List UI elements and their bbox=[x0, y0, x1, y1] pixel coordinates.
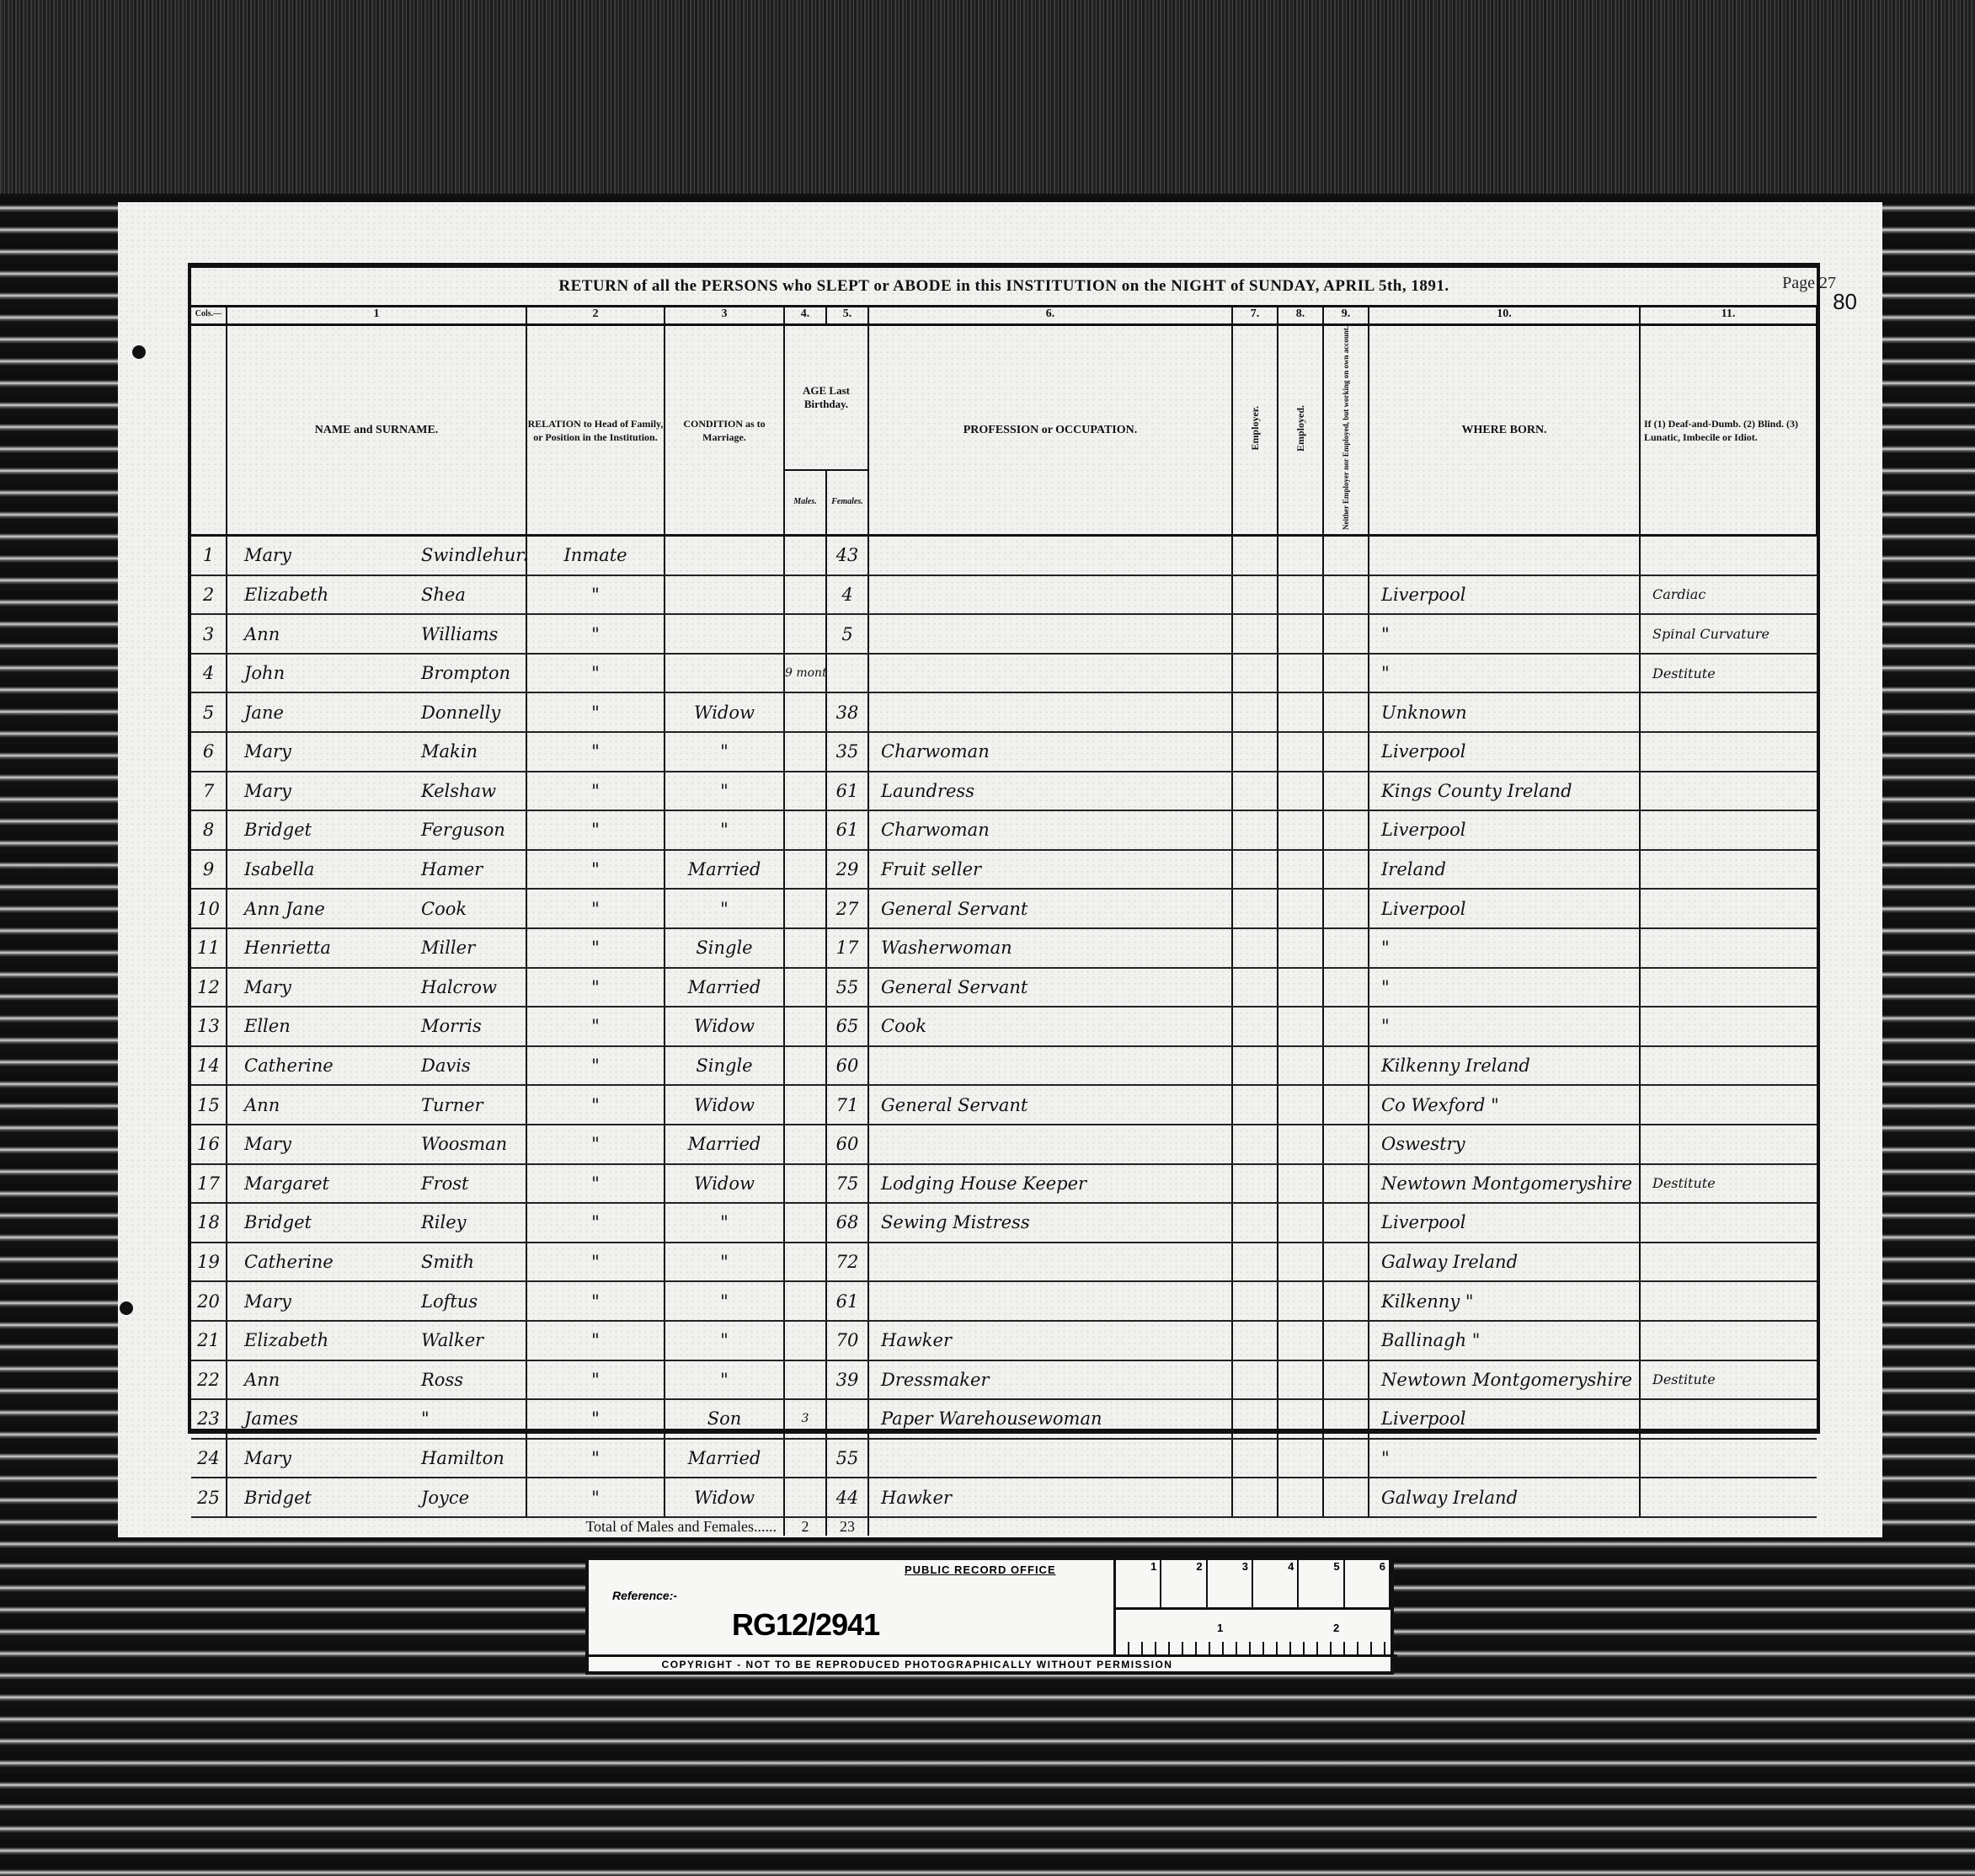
infirmity-cell bbox=[1640, 1243, 1817, 1282]
condition-cell: Widow bbox=[665, 1085, 784, 1125]
age-female-cell: 71 bbox=[826, 1085, 868, 1125]
neither-cell bbox=[1323, 772, 1369, 811]
occupation-cell: Washerwoman bbox=[868, 928, 1232, 968]
table-row: 17MargaretFrost"Widow75Lodging House Kee… bbox=[191, 1164, 1817, 1204]
employer-cell bbox=[1232, 536, 1278, 575]
col-number: 9. bbox=[1323, 305, 1369, 325]
row-number: 23 bbox=[191, 1399, 227, 1439]
first-name: Margaret bbox=[227, 1173, 421, 1194]
neither-cell bbox=[1323, 1478, 1369, 1517]
row-number: 18 bbox=[191, 1203, 227, 1243]
condition-cell: " bbox=[665, 1281, 784, 1321]
table-row: 25BridgetJoyce"Widow44HawkerGalway Irela… bbox=[191, 1478, 1817, 1517]
col-number: 6. bbox=[868, 305, 1232, 325]
surname: Smith bbox=[421, 1252, 474, 1272]
first-name: Ann bbox=[227, 624, 421, 644]
name-cell: AnnWilliams bbox=[227, 614, 526, 654]
employed-cell bbox=[1278, 1125, 1323, 1164]
col-number: 1 bbox=[227, 305, 526, 325]
name-cell: JaneDonnelly bbox=[227, 692, 526, 732]
table-row: 22AnnRoss""39DressmakerNewtown Montgomer… bbox=[191, 1360, 1817, 1400]
col-number: 8. bbox=[1278, 305, 1323, 325]
condition-cell: Single bbox=[665, 928, 784, 968]
row-number: 12 bbox=[191, 968, 227, 1007]
age-male-cell bbox=[784, 1360, 826, 1400]
scale-tick-label: 4 bbox=[1253, 1560, 1299, 1607]
condition-cell: Married bbox=[665, 850, 784, 890]
first-name: Catherine bbox=[227, 1056, 421, 1076]
table-row: 2ElizabethShea"4LiverpoolCardiac bbox=[191, 575, 1817, 615]
row-number: 3 bbox=[191, 614, 227, 654]
occupation-cell bbox=[868, 614, 1232, 654]
condition-cell bbox=[665, 536, 784, 575]
infirmity-cell: Destitute bbox=[1640, 1164, 1817, 1204]
infirmity-cell bbox=[1640, 968, 1817, 1007]
surname: Cook bbox=[421, 899, 467, 919]
neither-cell bbox=[1323, 692, 1369, 732]
occupation-cell: Paper Warehousewoman bbox=[868, 1399, 1232, 1439]
employer-cell bbox=[1232, 654, 1278, 693]
row-number: 20 bbox=[191, 1281, 227, 1321]
neither-cell bbox=[1323, 1281, 1369, 1321]
infirmity-cell bbox=[1640, 692, 1817, 732]
table-row: 1MarySwindlehurstInmate43 bbox=[191, 536, 1817, 575]
occupation-cell: Charwoman bbox=[868, 810, 1232, 850]
first-name: Elizabeth bbox=[227, 585, 421, 605]
employed-cell bbox=[1278, 850, 1323, 890]
where-born-cell: Galway Ireland bbox=[1369, 1478, 1640, 1517]
age-male-cell bbox=[784, 968, 826, 1007]
name-cell: MaryWoosman bbox=[227, 1125, 526, 1164]
where-born-cell: Liverpool bbox=[1369, 810, 1640, 850]
scale-tick-label: 3 bbox=[1208, 1560, 1253, 1607]
neither-cell bbox=[1323, 1046, 1369, 1086]
surname: Williams bbox=[421, 624, 498, 644]
age-female-cell: 4 bbox=[826, 575, 868, 615]
table-row: 12MaryHalcrow"Married55General Servant" bbox=[191, 968, 1817, 1007]
employed-cell bbox=[1278, 732, 1323, 772]
employed-cell bbox=[1278, 1360, 1323, 1400]
age-male-cell bbox=[784, 889, 826, 928]
age-male-cell bbox=[784, 1164, 826, 1204]
where-born-cell: " bbox=[1369, 654, 1640, 693]
name-cell: Ann JaneCook bbox=[227, 889, 526, 928]
condition-cell bbox=[665, 654, 784, 693]
condition-cell: Widow bbox=[665, 692, 784, 732]
surname: Davis bbox=[421, 1056, 471, 1076]
neither-cell bbox=[1323, 928, 1369, 968]
row-number: 13 bbox=[191, 1007, 227, 1046]
occupation-cell: Sewing Mistress bbox=[868, 1203, 1232, 1243]
employed-cell bbox=[1278, 1085, 1323, 1125]
employed-cell bbox=[1278, 692, 1323, 732]
copyright-notice: COPYRIGHT - NOT TO BE REPRODUCED PHOTOGR… bbox=[589, 1654, 1397, 1670]
age-female-cell: 55 bbox=[826, 1439, 868, 1478]
occupation-cell bbox=[868, 1125, 1232, 1164]
form-title: RETURN of all the PERSONS who SLEPT or A… bbox=[191, 268, 1817, 307]
age-male-cell bbox=[784, 1478, 826, 1517]
infirmity-cell bbox=[1640, 536, 1817, 575]
census-form: RETURN of all the PERSONS who SLEPT or A… bbox=[188, 263, 1820, 1434]
row-number: 17 bbox=[191, 1164, 227, 1204]
surname: Joyce bbox=[421, 1488, 469, 1508]
first-name: Bridget bbox=[227, 1488, 421, 1508]
age-female-cell: 43 bbox=[826, 536, 868, 575]
scale-tick-label: 2 bbox=[1161, 1560, 1207, 1607]
age-male-cell bbox=[784, 575, 826, 615]
employer-cell bbox=[1232, 850, 1278, 890]
employer-cell bbox=[1232, 1203, 1278, 1243]
surname: Turner bbox=[421, 1095, 483, 1115]
where-born-cell: Liverpool bbox=[1369, 575, 1640, 615]
occupation-cell: Fruit seller bbox=[868, 850, 1232, 890]
folio-number: 80 bbox=[1833, 289, 1857, 315]
age-male-cell: 3 bbox=[784, 1399, 826, 1439]
row-number: 22 bbox=[191, 1360, 227, 1400]
infirmity-cell: Spinal Curvature bbox=[1640, 614, 1817, 654]
occupation-cell bbox=[868, 1281, 1232, 1321]
name-cell: MaryHalcrow bbox=[227, 968, 526, 1007]
first-name: Henrietta bbox=[227, 938, 421, 958]
name-cell: James" bbox=[227, 1399, 526, 1439]
condition-cell: " bbox=[665, 1203, 784, 1243]
where-born-cell: " bbox=[1369, 1007, 1640, 1046]
table-row: 11HenriettaMiller"Single17Washerwoman" bbox=[191, 928, 1817, 968]
employer-cell bbox=[1232, 889, 1278, 928]
age-female-cell: 60 bbox=[826, 1046, 868, 1086]
neither-cell bbox=[1323, 1399, 1369, 1439]
condition-cell: " bbox=[665, 1243, 784, 1282]
employed-cell bbox=[1278, 928, 1323, 968]
where-born-cell: " bbox=[1369, 968, 1640, 1007]
where-born-cell: Oswestry bbox=[1369, 1125, 1640, 1164]
name-cell: CatherineDavis bbox=[227, 1046, 526, 1086]
employed-cell bbox=[1278, 1046, 1323, 1086]
neither-cell bbox=[1323, 732, 1369, 772]
relation-cell: " bbox=[526, 889, 665, 928]
neither-cell bbox=[1323, 1125, 1369, 1164]
surname: Woosman bbox=[421, 1134, 507, 1154]
employed-cell bbox=[1278, 1321, 1323, 1360]
relation-cell: " bbox=[526, 1360, 665, 1400]
neither-cell bbox=[1323, 614, 1369, 654]
infirmity-cell bbox=[1640, 928, 1817, 968]
employer-cell bbox=[1232, 575, 1278, 615]
header-neither-text: Neither Employer nor Employed, but worki… bbox=[1342, 326, 1350, 530]
first-name: Bridget bbox=[227, 820, 421, 840]
relation-cell: " bbox=[526, 614, 665, 654]
where-born-cell: Kilkenny " bbox=[1369, 1281, 1640, 1321]
surname: Kelshaw bbox=[421, 781, 496, 801]
table-row: 23James""Son3Paper WarehousewomanLiverpo… bbox=[191, 1399, 1817, 1439]
age-male-cell bbox=[784, 536, 826, 575]
relation-cell: " bbox=[526, 1125, 665, 1164]
table-row: 21ElizabethWalker""70HawkerBallinagh " bbox=[191, 1321, 1817, 1360]
name-cell: MaryLoftus bbox=[227, 1281, 526, 1321]
row-number: 21 bbox=[191, 1321, 227, 1360]
neither-cell bbox=[1323, 1085, 1369, 1125]
condition-cell: Married bbox=[665, 1125, 784, 1164]
relation-cell: " bbox=[526, 1164, 665, 1204]
totals-label: Total of Males and Females...... bbox=[191, 1517, 784, 1536]
relation-cell: " bbox=[526, 1321, 665, 1360]
neither-cell bbox=[1323, 536, 1369, 575]
row-number: 15 bbox=[191, 1085, 227, 1125]
age-female-cell bbox=[826, 654, 868, 693]
condition-cell: " bbox=[665, 772, 784, 811]
name-cell: ElizabethWalker bbox=[227, 1321, 526, 1360]
row-number: 6 bbox=[191, 732, 227, 772]
condition-cell: Widow bbox=[665, 1478, 784, 1517]
scanner-background-top bbox=[0, 0, 1975, 194]
condition-cell: " bbox=[665, 1321, 784, 1360]
surname: Ferguson bbox=[421, 820, 505, 840]
age-female-cell: 72 bbox=[826, 1243, 868, 1282]
row-number: 11 bbox=[191, 928, 227, 968]
infirmity-cell bbox=[1640, 1203, 1817, 1243]
scale-tick-label: 1 bbox=[1116, 1560, 1161, 1607]
neither-cell bbox=[1323, 1164, 1369, 1204]
first-name: Mary bbox=[227, 1448, 421, 1468]
first-name: Mary bbox=[227, 1291, 421, 1312]
employed-cell bbox=[1278, 1281, 1323, 1321]
where-born-cell: Liverpool bbox=[1369, 1399, 1640, 1439]
neither-cell bbox=[1323, 810, 1369, 850]
surname: Riley bbox=[421, 1212, 467, 1232]
age-female-cell: 35 bbox=[826, 732, 868, 772]
condition-cell bbox=[665, 575, 784, 615]
first-name: James bbox=[227, 1408, 421, 1429]
where-born-cell: " bbox=[1369, 1439, 1640, 1478]
employer-cell bbox=[1232, 1439, 1278, 1478]
row-number: 14 bbox=[191, 1046, 227, 1086]
age-female-cell: 44 bbox=[826, 1478, 868, 1517]
age-female-cell: 61 bbox=[826, 810, 868, 850]
table-row: 16MaryWoosman"Married60Oswestry bbox=[191, 1125, 1817, 1164]
employer-cell bbox=[1232, 1321, 1278, 1360]
relation-cell: " bbox=[526, 810, 665, 850]
col-number: 10. bbox=[1369, 305, 1640, 325]
first-name: Mary bbox=[227, 1134, 421, 1154]
employer-cell bbox=[1232, 1281, 1278, 1321]
header-employed: Employed. bbox=[1278, 325, 1323, 536]
relation-cell: " bbox=[526, 654, 665, 693]
occupation-cell: General Servant bbox=[868, 889, 1232, 928]
name-cell: MaryKelshaw bbox=[227, 772, 526, 811]
table-row: 24MaryHamilton"Married55" bbox=[191, 1439, 1817, 1478]
scale-bottom: 1 2 bbox=[1116, 1610, 1391, 1657]
name-cell: BridgetFerguson bbox=[227, 810, 526, 850]
where-born-cell: " bbox=[1369, 614, 1640, 654]
surname: " bbox=[421, 1408, 430, 1429]
age-female-cell: 29 bbox=[826, 850, 868, 890]
surname: Morris bbox=[421, 1016, 482, 1036]
employed-cell bbox=[1278, 889, 1323, 928]
occupation-cell bbox=[868, 575, 1232, 615]
employer-cell bbox=[1232, 1399, 1278, 1439]
table-row: 9IsabellaHamer"Married29Fruit sellerIrel… bbox=[191, 850, 1817, 890]
scale-top: 1 2 3 4 5 6 bbox=[1116, 1560, 1391, 1610]
employer-cell bbox=[1232, 732, 1278, 772]
table-row: 6MaryMakin""35CharwomanLiverpool bbox=[191, 732, 1817, 772]
name-cell: EllenMorris bbox=[227, 1007, 526, 1046]
age-male-cell bbox=[784, 850, 826, 890]
name-cell: HenriettaMiller bbox=[227, 928, 526, 968]
condition-cell: " bbox=[665, 732, 784, 772]
occupation-cell: Hawker bbox=[868, 1321, 1232, 1360]
relation-cell: " bbox=[526, 1007, 665, 1046]
surname: Frost bbox=[421, 1173, 468, 1194]
surname: Ross bbox=[421, 1370, 463, 1390]
surname: Hamilton bbox=[421, 1448, 504, 1468]
infirmity-cell: Cardiac bbox=[1640, 575, 1817, 615]
row-number: 16 bbox=[191, 1125, 227, 1164]
reference-slip: PUBLIC RECORD OFFICE Reference:- RG12/29… bbox=[585, 1557, 1394, 1675]
condition-cell: " bbox=[665, 810, 784, 850]
name-cell: ElizabethShea bbox=[227, 575, 526, 615]
name-cell: JohnBrompton bbox=[227, 654, 526, 693]
age-female-cell bbox=[826, 1399, 868, 1439]
header-infirmity: If (1) Deaf-and-Dumb. (2) Blind. (3) Lun… bbox=[1640, 325, 1817, 536]
occupation-cell: Charwoman bbox=[868, 732, 1232, 772]
header-employer-text: Employer. bbox=[1250, 406, 1261, 451]
age-male-cell bbox=[784, 1085, 826, 1125]
age-female-cell: 39 bbox=[826, 1360, 868, 1400]
employed-cell bbox=[1278, 1478, 1323, 1517]
table-row: 14CatherineDavis"Single60Kilkenny Irelan… bbox=[191, 1046, 1817, 1086]
relation-cell: " bbox=[526, 1478, 665, 1517]
employed-cell bbox=[1278, 1007, 1323, 1046]
age-male-cell bbox=[784, 1125, 826, 1164]
where-born-cell: Unknown bbox=[1369, 692, 1640, 732]
relation-cell: " bbox=[526, 1281, 665, 1321]
occupation-cell: General Servant bbox=[868, 1085, 1232, 1125]
employed-cell bbox=[1278, 1439, 1323, 1478]
relation-cell: " bbox=[526, 1203, 665, 1243]
relation-cell: " bbox=[526, 772, 665, 811]
column-header-row: NAME and SURNAME. RELATION to Head of Fa… bbox=[191, 325, 1817, 470]
row-number: 4 bbox=[191, 654, 227, 693]
occupation-cell: Hawker bbox=[868, 1478, 1232, 1517]
first-name: Elizabeth bbox=[227, 1330, 421, 1350]
infirmity-cell bbox=[1640, 889, 1817, 928]
employer-cell bbox=[1232, 1046, 1278, 1086]
age-female-cell: 17 bbox=[826, 928, 868, 968]
first-name: Mary bbox=[227, 781, 421, 801]
age-female-cell: 38 bbox=[826, 692, 868, 732]
relation-cell: " bbox=[526, 1046, 665, 1086]
where-born-cell: " bbox=[1369, 928, 1640, 968]
name-cell: MarySwindlehurst bbox=[227, 536, 526, 575]
age-male-cell bbox=[784, 1243, 826, 1282]
age-male-cell bbox=[784, 1439, 826, 1478]
infirmity-cell bbox=[1640, 1046, 1817, 1086]
relation-cell: " bbox=[526, 850, 665, 890]
employer-cell bbox=[1232, 1007, 1278, 1046]
age-male-cell bbox=[784, 1281, 826, 1321]
total-females: 23 bbox=[826, 1517, 868, 1536]
infirmity-cell bbox=[1640, 1399, 1817, 1439]
first-name: Jane bbox=[227, 703, 421, 723]
neither-cell bbox=[1323, 1321, 1369, 1360]
relation-cell: " bbox=[526, 1085, 665, 1125]
scale-tick-label: 5 bbox=[1299, 1560, 1344, 1607]
occupation-cell bbox=[868, 536, 1232, 575]
relation-cell: " bbox=[526, 575, 665, 615]
age-female-cell: 61 bbox=[826, 1281, 868, 1321]
age-male-cell bbox=[784, 692, 826, 732]
infirmity-cell: Destitute bbox=[1640, 654, 1817, 693]
first-name: Ann Jane bbox=[227, 899, 421, 919]
age-male-cell bbox=[784, 810, 826, 850]
office-label: PUBLIC RECORD OFFICE bbox=[905, 1563, 1056, 1576]
infirmity-cell bbox=[1640, 810, 1817, 850]
row-number: 19 bbox=[191, 1243, 227, 1282]
age-male-cell bbox=[784, 1007, 826, 1046]
age-female-cell: 60 bbox=[826, 1125, 868, 1164]
occupation-cell: Cook bbox=[868, 1007, 1232, 1046]
employed-cell bbox=[1278, 1243, 1323, 1282]
infirmity-cell bbox=[1640, 1085, 1817, 1125]
infirmity-cell bbox=[1640, 1439, 1817, 1478]
condition-cell: Son bbox=[665, 1399, 784, 1439]
surname: Makin bbox=[421, 741, 478, 762]
name-cell: MaryMakin bbox=[227, 732, 526, 772]
where-born-cell: Newtown Montgomeryshire bbox=[1369, 1360, 1640, 1400]
surname: Halcrow bbox=[421, 977, 497, 997]
row-number: 5 bbox=[191, 692, 227, 732]
employed-cell bbox=[1278, 1164, 1323, 1204]
row-number: 9 bbox=[191, 850, 227, 890]
employed-cell bbox=[1278, 1203, 1323, 1243]
table-row: 19CatherineSmith""72Galway Ireland bbox=[191, 1243, 1817, 1282]
first-name: Isabella bbox=[227, 859, 421, 879]
reference-code: RG12/2941 bbox=[732, 1607, 879, 1643]
surname: Loftus bbox=[421, 1291, 478, 1312]
totals-blank bbox=[868, 1517, 1817, 1536]
name-cell: CatherineSmith bbox=[227, 1243, 526, 1282]
scale-tick-label: 6 bbox=[1345, 1560, 1391, 1607]
table-row: 13EllenMorris"Widow65Cook" bbox=[191, 1007, 1817, 1046]
first-name: Ann bbox=[227, 1095, 421, 1115]
condition-cell: " bbox=[665, 889, 784, 928]
row-number-header bbox=[191, 325, 227, 536]
row-number: 10 bbox=[191, 889, 227, 928]
neither-cell bbox=[1323, 1203, 1369, 1243]
infirmity-cell bbox=[1640, 1321, 1817, 1360]
col-number: 2 bbox=[526, 305, 665, 325]
employer-cell bbox=[1232, 1478, 1278, 1517]
infirmity-cell bbox=[1640, 1125, 1817, 1164]
surname: Shea bbox=[421, 585, 466, 605]
where-born-cell: Kings County Ireland bbox=[1369, 772, 1640, 811]
neither-cell bbox=[1323, 575, 1369, 615]
neither-cell bbox=[1323, 889, 1369, 928]
surname: Brompton bbox=[421, 663, 510, 683]
where-born-cell: Liverpool bbox=[1369, 732, 1640, 772]
row-number: 24 bbox=[191, 1439, 227, 1478]
surname: Swindlehurst bbox=[421, 545, 526, 565]
infirmity-cell bbox=[1640, 772, 1817, 811]
occupation-cell: Lodging House Keeper bbox=[868, 1164, 1232, 1204]
row-number: 1 bbox=[191, 536, 227, 575]
employer-cell bbox=[1232, 928, 1278, 968]
header-males: Males. bbox=[784, 470, 826, 536]
employed-cell bbox=[1278, 1399, 1323, 1439]
employed-cell bbox=[1278, 772, 1323, 811]
first-name: Mary bbox=[227, 545, 421, 565]
column-number-row: Cols.— 1 2 3 4. 5. 6. 7. 8. 9. 10. 11. bbox=[191, 305, 1817, 325]
